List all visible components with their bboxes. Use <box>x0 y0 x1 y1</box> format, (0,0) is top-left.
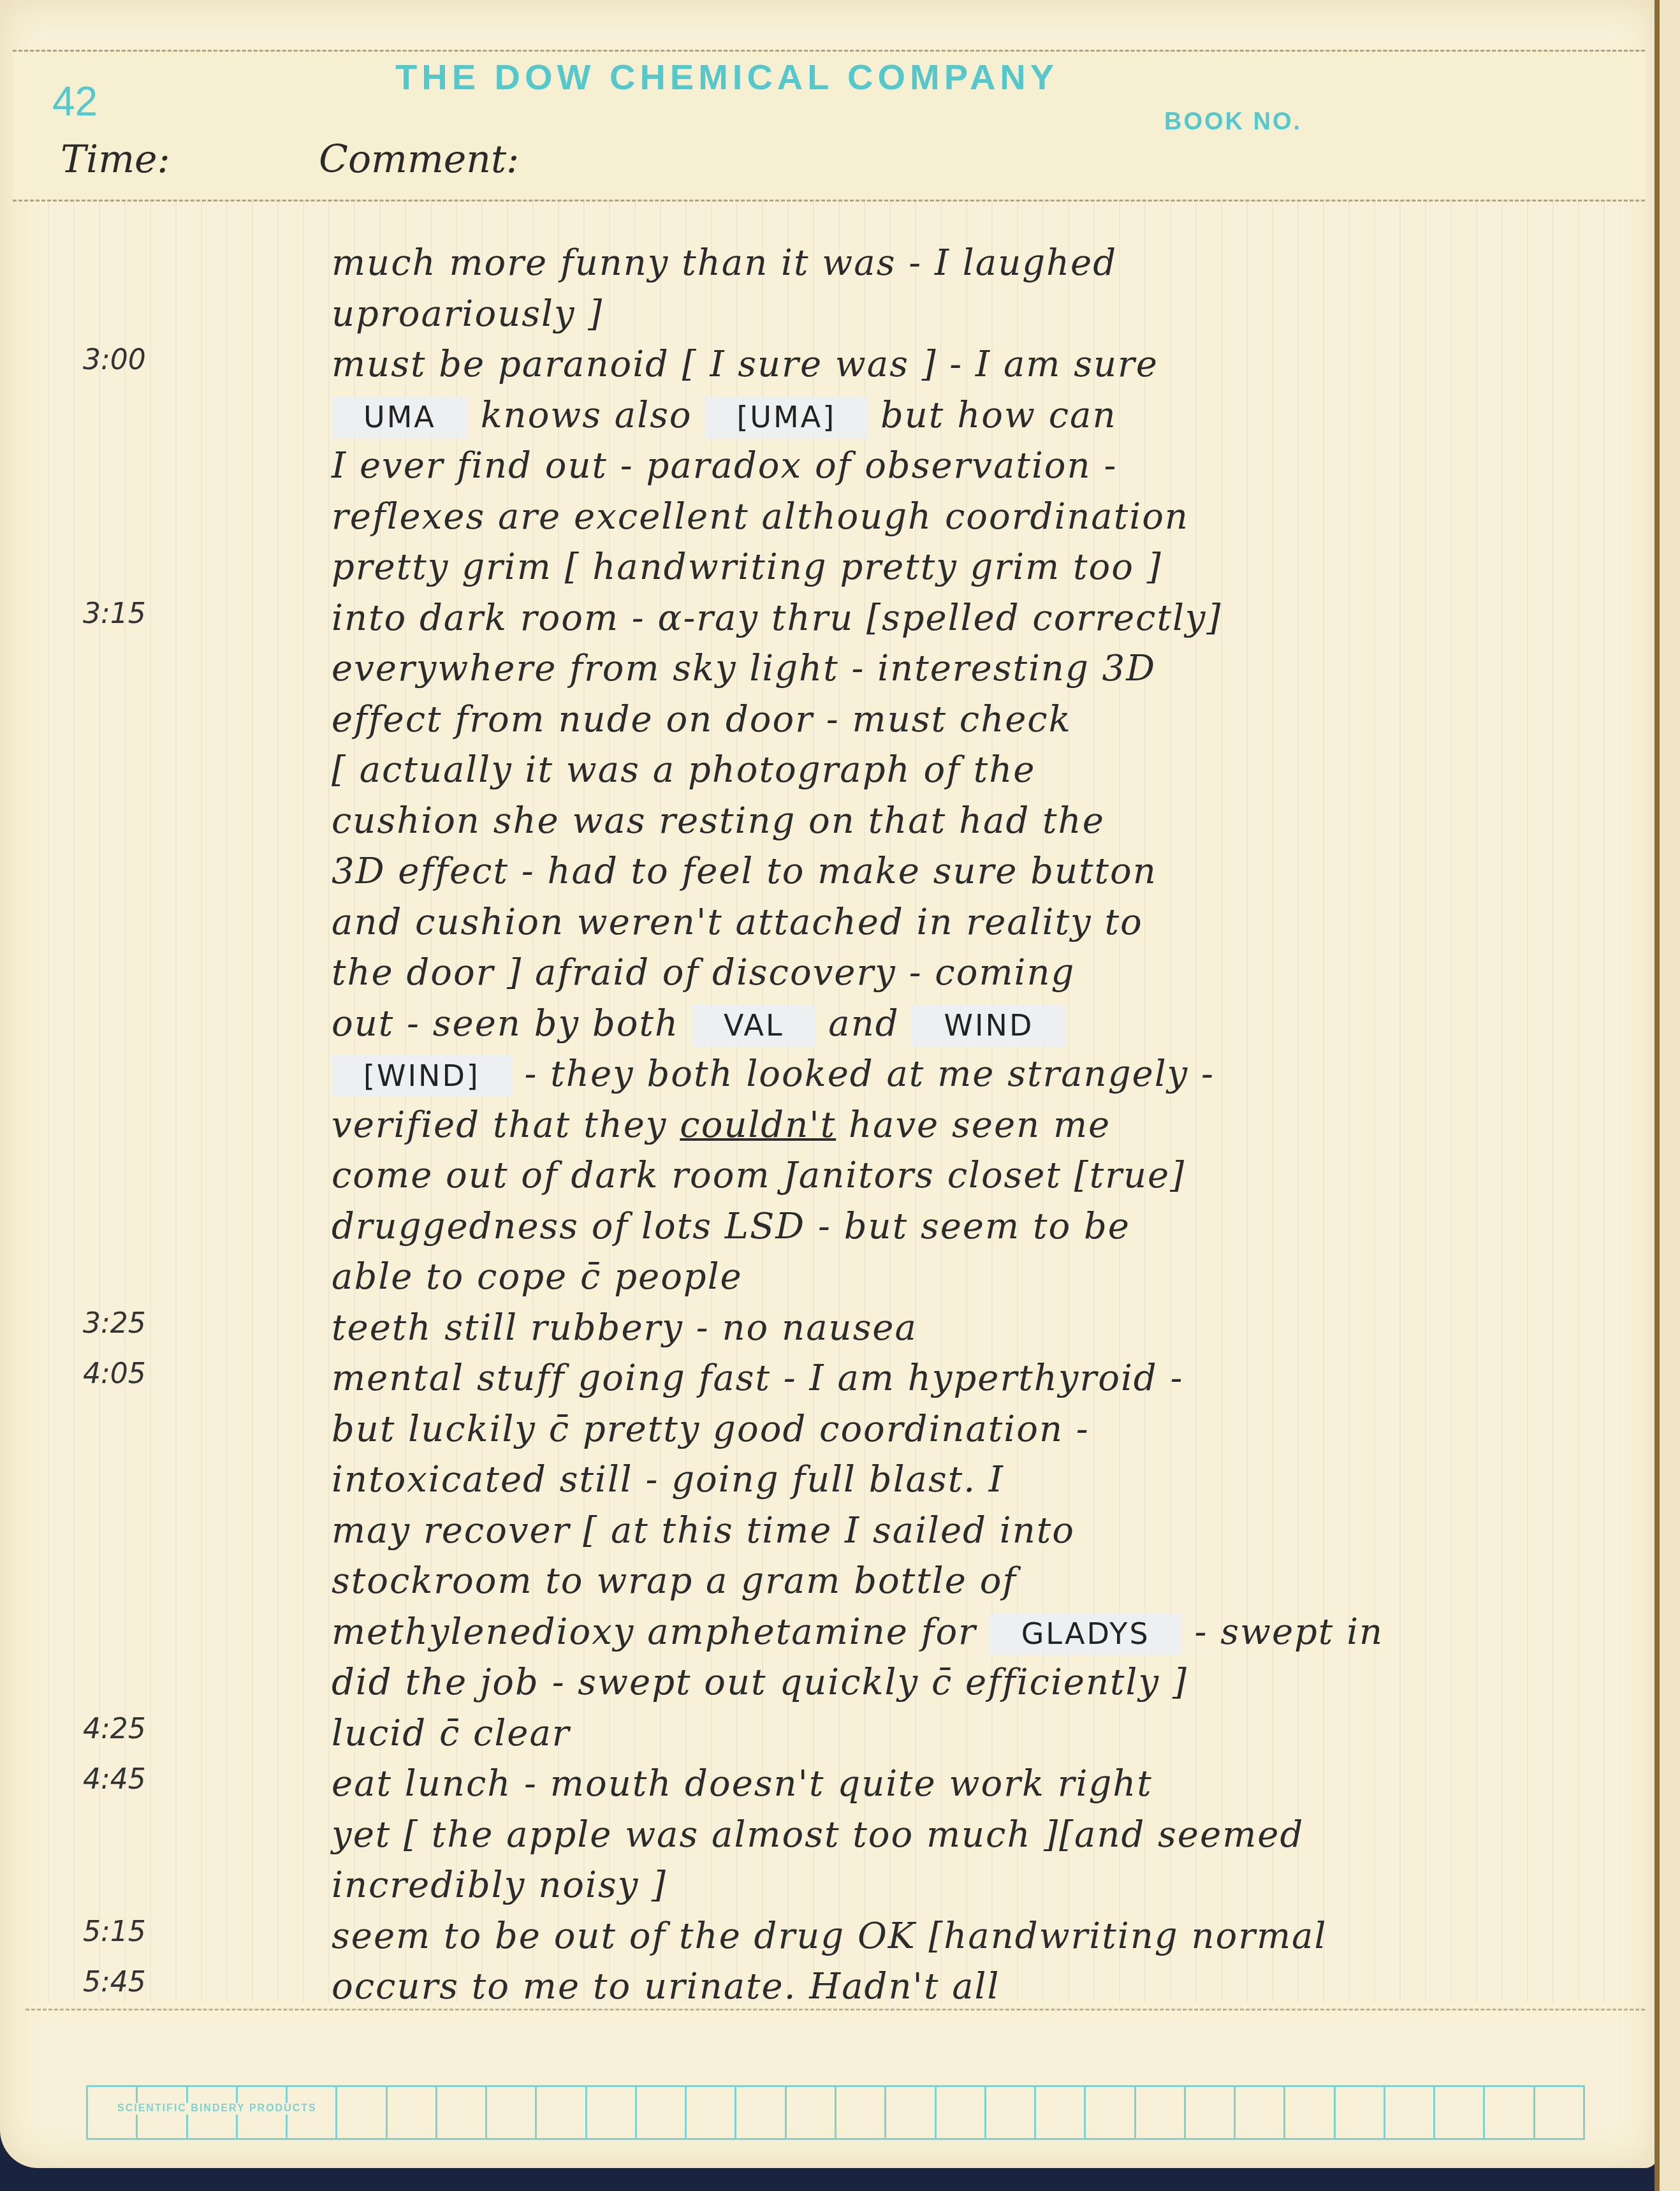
entry-text-segment: - they both looked at me strangely - <box>525 1053 1215 1095</box>
entry-text: come out of dark room Janitors closet [t… <box>332 1155 1619 1196</box>
ruler-cell <box>537 2087 587 2138</box>
entry-text: uproariously ] <box>332 293 1619 335</box>
entry-text-segment: knows also <box>481 395 705 436</box>
log-line: much more funny than it was - I laughed <box>0 242 1658 293</box>
log-line: come out of dark room Janitors closet [t… <box>0 1155 1658 1206</box>
log-line: 3:00must be paranoid [ I sure was ] - I … <box>0 344 1658 395</box>
log-line: intoxicated still - going full blast. I <box>0 1459 1658 1510</box>
log-line: cushion she was resting on that had the <box>0 800 1658 851</box>
log-line: may recover [ at this time I sailed into <box>0 1510 1658 1561</box>
entry-text: incredibly noisy ] <box>332 1865 1619 1906</box>
log-line: verified that they couldn't have seen me <box>0 1104 1658 1155</box>
redacted-name-label: VAL <box>692 1004 816 1046</box>
ruler-cell <box>487 2087 537 2138</box>
log-line: out - seen by both VAL and WIND <box>0 1003 1658 1054</box>
entry-text-segment: - swept in <box>1194 1611 1384 1653</box>
entry-text: druggedness of lots LSD - but seem to be <box>332 1206 1619 1247</box>
entry-text: pretty grim [ handwriting pretty grim to… <box>332 546 1619 588</box>
ruler-cell <box>1136 2087 1186 2138</box>
binding-spine <box>1654 0 1660 2191</box>
entry-time: 4:45 <box>83 1763 146 1796</box>
redacted-name-label: UMA <box>332 396 468 438</box>
ruler-cell <box>687 2087 736 2138</box>
entry-time: 5:15 <box>83 1916 146 1948</box>
log-line: [WIND] - they both looked at me strangel… <box>0 1053 1658 1104</box>
redacted-name-label: [WIND] <box>332 1055 512 1097</box>
log-line: able to cope c̄ people <box>0 1256 1658 1307</box>
ruler-cell <box>388 2087 437 2138</box>
ruler-cell <box>1535 2087 1583 2138</box>
ruler-cell <box>1385 2087 1435 2138</box>
log-line: 3:15into dark room - α-ray thru [spelled… <box>0 597 1658 649</box>
entry-text: into dark room - α-ray thru [spelled cor… <box>332 597 1619 639</box>
log-line: 3D effect - had to feel to make sure but… <box>0 851 1658 902</box>
log-line: uproariously ] <box>0 293 1658 344</box>
log-line: I ever find out - paradox of observation… <box>0 445 1658 496</box>
ruler-cell <box>937 2087 986 2138</box>
entry-time: 4:05 <box>83 1358 146 1390</box>
ruler-cell <box>1485 2087 1535 2138</box>
entry-time: 3:15 <box>83 597 146 630</box>
entry-text-segment: methylenedioxy amphetamine for <box>332 1611 990 1653</box>
entry-text: able to cope c̄ people <box>332 1256 1619 1298</box>
log-line: 4:45eat lunch - mouth doesn't quite work… <box>0 1763 1658 1814</box>
ruler-cell <box>1236 2087 1285 2138</box>
entry-text: may recover [ at this time I sailed into <box>332 1510 1619 1551</box>
log-line: pretty grim [ handwriting pretty grim to… <box>0 546 1658 597</box>
entry-text: must be paranoid [ I sure was ] - I am s… <box>332 344 1619 385</box>
comment-column-label: Comment: <box>319 137 519 182</box>
page-number: 42 <box>52 78 98 125</box>
ruler-cell <box>836 2087 886 2138</box>
redacted-name-label: GLADYS <box>990 1613 1182 1655</box>
entry-text: 3D effect - had to feel to make sure but… <box>332 851 1619 892</box>
entry-time: 3:00 <box>83 344 146 376</box>
log-line: everywhere from sky light - interesting … <box>0 648 1658 699</box>
time-column-label: Time: <box>61 137 170 182</box>
log-line: and cushion weren't attached in reality … <box>0 902 1658 953</box>
ruler-cell <box>437 2087 487 2138</box>
entry-text-segment: but how can <box>880 395 1117 436</box>
entry-text-segment: verified that they <box>332 1104 680 1146</box>
company-name: THE DOW CHEMICAL COMPANY <box>395 56 1058 98</box>
log-line: methylenedioxy amphetamine for GLADYS - … <box>0 1611 1658 1662</box>
log-line: druggedness of lots LSD - but seem to be <box>0 1206 1658 1257</box>
entry-text: occurs to me to urinate. Hadn't all <box>332 1966 1619 2007</box>
entry-text: methylenedioxy amphetamine for GLADYS - … <box>332 1611 1619 1655</box>
ruler-cell <box>1186 2087 1236 2138</box>
log-line: but luckily c̄ pretty good coordination … <box>0 1409 1658 1460</box>
redacted-name-label: WIND <box>912 1004 1065 1046</box>
ruler-cell <box>886 2087 936 2138</box>
entry-text: and cushion weren't attached in reality … <box>332 902 1619 943</box>
log-line: 4:05mental stuff going fast - I am hyper… <box>0 1358 1658 1409</box>
log-line: 5:15seem to be out of the drug OK [handw… <box>0 1916 1658 1967</box>
entry-time: 5:45 <box>83 1966 146 1998</box>
bindery-brand: SCIENTIFIC BINDERY PRODUCTS <box>115 2103 319 2114</box>
ruler-cell <box>637 2087 687 2138</box>
log-line: the door ] afraid of discovery - coming <box>0 952 1658 1003</box>
entry-text: I ever find out - paradox of observation… <box>332 445 1619 487</box>
entry-time: 3:25 <box>83 1307 146 1340</box>
entry-text: cushion she was resting on that had the <box>332 800 1619 842</box>
entry-text: out - seen by both VAL and WIND <box>332 1003 1619 1046</box>
entry-text: lucid c̄ clear <box>332 1713 1619 1754</box>
entry-text: but luckily c̄ pretty good coordination … <box>332 1409 1619 1450</box>
ruler-cell <box>736 2087 786 2138</box>
entry-text: UMA knows also [UMA] but how can <box>332 395 1619 438</box>
ruler-cell <box>1086 2087 1136 2138</box>
log-line: stockroom to wrap a gram bottle of <box>0 1560 1658 1611</box>
entry-text: reflexes are excellent although coordina… <box>332 496 1619 538</box>
ruler-cell <box>337 2087 387 2138</box>
log-line: [ actually it was a photograph of the <box>0 749 1658 800</box>
entry-text: yet [ the apple was almost too much ][an… <box>332 1814 1619 1856</box>
entry-text: seem to be out of the drug OK [handwriti… <box>332 1916 1619 1957</box>
underlined-word: couldn't <box>680 1104 836 1146</box>
ruler-cell <box>1336 2087 1385 2138</box>
redacted-name-label: [UMA] <box>705 396 868 438</box>
ruler-cell <box>1435 2087 1485 2138</box>
entry-text: [WIND] - they both looked at me strangel… <box>332 1053 1619 1097</box>
entry-text: [ actually it was a photograph of the <box>332 749 1619 791</box>
ruler-cell <box>587 2087 637 2138</box>
log-line: reflexes are excellent although coordina… <box>0 496 1658 547</box>
ruler-cell <box>1036 2087 1086 2138</box>
adjacent-page-edge <box>1660 0 1680 2191</box>
log-line: did the job - swept out quickly c̄ effic… <box>0 1662 1658 1713</box>
entry-text: teeth still rubbery - no nausea <box>332 1307 1619 1349</box>
ruler-cell <box>787 2087 836 2138</box>
ruler-cell <box>986 2087 1036 2138</box>
log-line: 3:25teeth still rubbery - no nausea <box>0 1307 1658 1358</box>
log-line: UMA knows also [UMA] but how can <box>0 395 1658 446</box>
entry-text: much more funny than it was - I laughed <box>332 242 1619 284</box>
entry-text: effect from nude on door - must check <box>332 699 1619 740</box>
entry-text: mental stuff going fast - I am hyperthyr… <box>332 1358 1619 1399</box>
book-number-label: BOOK NO. <box>1164 108 1302 136</box>
entry-text: did the job - swept out quickly c̄ effic… <box>332 1662 1619 1703</box>
entry-text: the door ] afraid of discovery - coming <box>332 952 1619 993</box>
entry-text-segment: out - seen by both <box>332 1003 692 1044</box>
log-line: incredibly noisy ] <box>0 1865 1658 1916</box>
entry-text: verified that they couldn't have seen me <box>332 1104 1619 1146</box>
entry-text-segment: have seen me <box>849 1104 1111 1146</box>
entry-text: eat lunch - mouth doesn't quite work rig… <box>332 1763 1619 1805</box>
entry-text: intoxicated still - going full blast. I <box>332 1459 1619 1500</box>
log-line: 4:25lucid c̄ clear <box>0 1713 1658 1764</box>
entry-text-segment: and <box>828 1003 912 1044</box>
entry-text: everywhere from sky light - interesting … <box>332 648 1619 689</box>
entry-text: stockroom to wrap a gram bottle of <box>332 1560 1619 1602</box>
log-line: effect from nude on door - must check <box>0 699 1658 750</box>
entry-time: 4:25 <box>83 1713 146 1745</box>
notebook-page: 42 THE DOW CHEMICAL COMPANY BOOK NO. Tim… <box>0 0 1658 2168</box>
ruler-cell <box>1285 2087 1335 2138</box>
log-line: yet [ the apple was almost too much ][an… <box>0 1814 1658 1865</box>
